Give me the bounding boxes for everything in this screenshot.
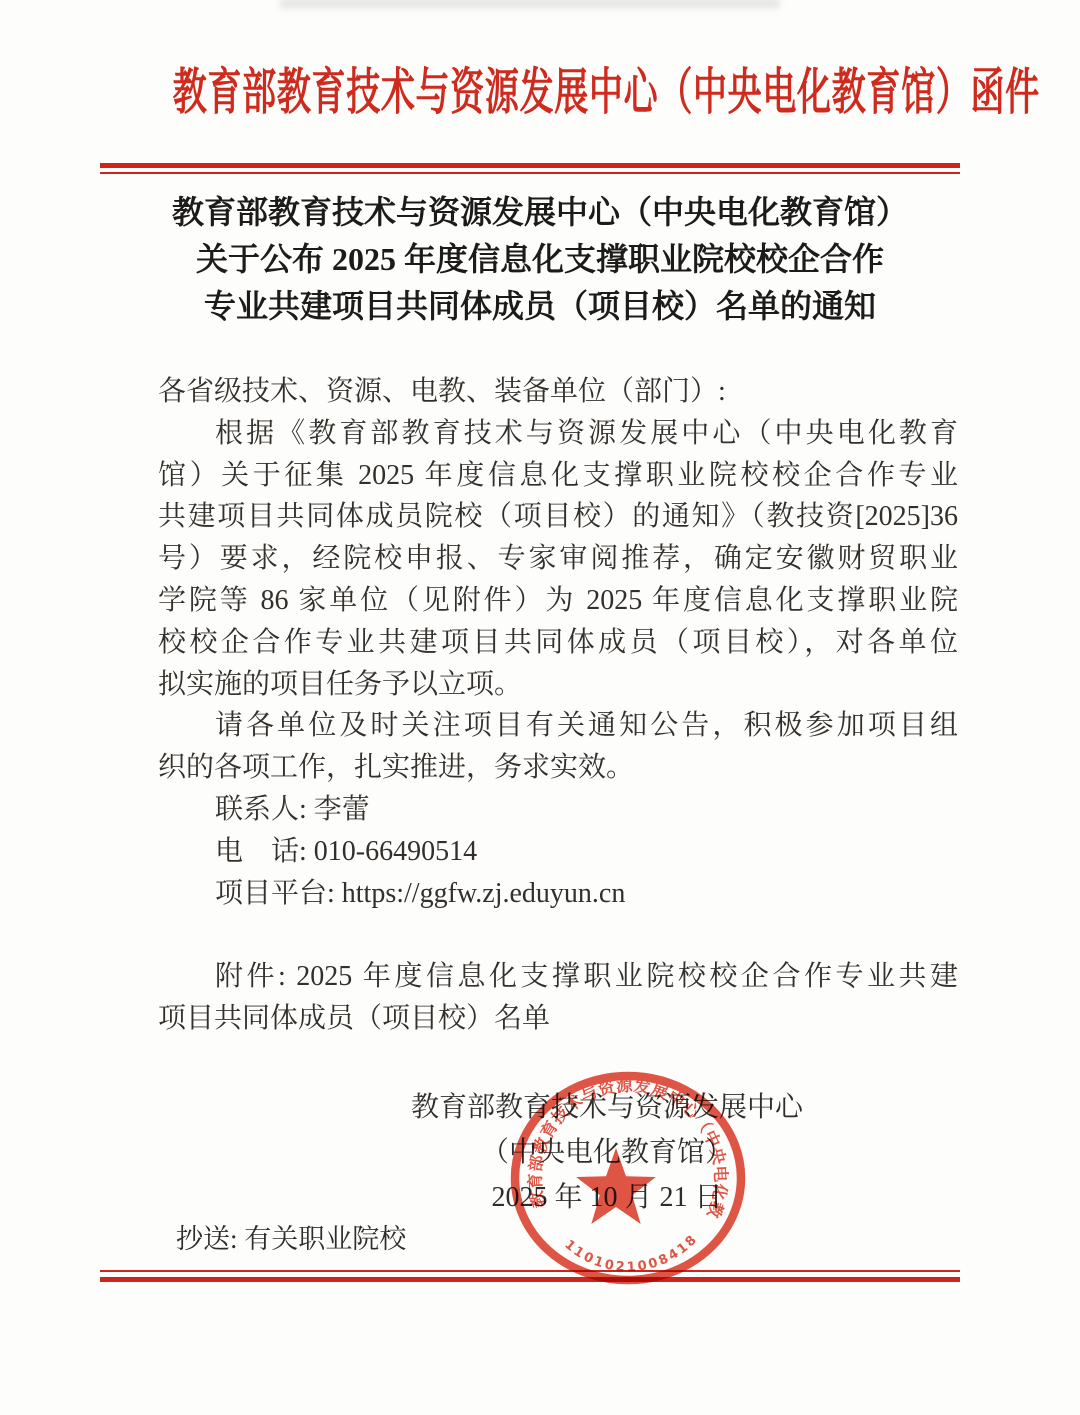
body-line: 织的各项工作，扎实推进，务求实效。 [158, 747, 958, 789]
contact-person-line: 联系人: 李蕾 [158, 789, 958, 831]
body-line: 请各单位及时关注项目有关通知公告，积极参加项目组 [158, 705, 958, 747]
signature-date: 2025 年 10 月 21 日 [317, 1175, 897, 1220]
signature-block: 教育部教育技术与资源发展中心 （中央电化教育馆） 2025 年 10 月 21 … [317, 1085, 897, 1220]
attachment-line: 项目共同体成员（项目校）名单 [158, 998, 958, 1040]
blank-line [158, 914, 958, 956]
footer-rule-thick [100, 1277, 960, 1282]
document-title: 教育部教育技术与资源发展中心（中央电化教育馆） 关于公布 2025 年度信息化支… [0, 189, 1080, 330]
body-line: 根据《教育部教育技术与资源发展中心（中央电化教育 [158, 413, 958, 455]
scan-artifact [280, 0, 780, 12]
scanned-official-letter: 教育部教育技术与资源发展中心（中央电化教育馆）函件 教育部教育技术与资源发展中心… [0, 0, 1080, 1415]
body-line: 共建项目共同体成员院校（项目校）的通知》（教技资[2025]36 [158, 496, 958, 538]
header-rule-thick [100, 163, 960, 168]
document-title-line: 专业共建项目共同体成员（项目校）名单的通知 [0, 283, 1080, 330]
document-title-line: 教育部教育技术与资源发展中心（中央电化教育馆） [0, 189, 1080, 236]
cc-line: 抄送: 有关职业院校 [176, 1222, 406, 1256]
signature-org-sub: （中央电化教育馆） [317, 1130, 897, 1175]
signature-org: 教育部教育技术与资源发展中心 [317, 1085, 897, 1130]
footer-rule-thin [100, 1270, 960, 1272]
body-line: 号）要求，经院校申报、专家审阅推荐，确定安徽财贸职业 [158, 538, 958, 580]
header-rule-thin [100, 172, 960, 174]
body-line: 学院等 86 家单位（见附件）为 2025 年度信息化支撑职业院 [158, 580, 958, 622]
letter-body: 各省级技术、资源、电教、装备单位（部门）: 根据《教育部教育技术与资源发展中心（… [158, 371, 958, 1040]
body-line: 馆）关于征集 2025 年度信息化支撑职业院校校企合作专业 [158, 455, 958, 497]
platform-url-line: 项目平台: https://ggfw.zj.eduyun.cn [158, 873, 958, 915]
attachment-line: 附件: 2025 年度信息化支撑职业院校校企合作专业共建 [158, 956, 958, 998]
letterhead-title: 教育部教育技术与资源发展中心（中央电化教育馆）函件 [173, 62, 907, 122]
body-line: 拟实施的项目任务予以立项。 [158, 664, 958, 706]
contact-phone-line: 电 话: 010-66490514 [158, 831, 958, 873]
body-line: 校校企合作专业共建项目共同体成员（项目校），对各单位 [158, 622, 958, 664]
salutation: 各省级技术、资源、电教、装备单位（部门）: [158, 371, 958, 413]
document-title-line: 关于公布 2025 年度信息化支撑职业院校校企合作 [0, 236, 1080, 283]
